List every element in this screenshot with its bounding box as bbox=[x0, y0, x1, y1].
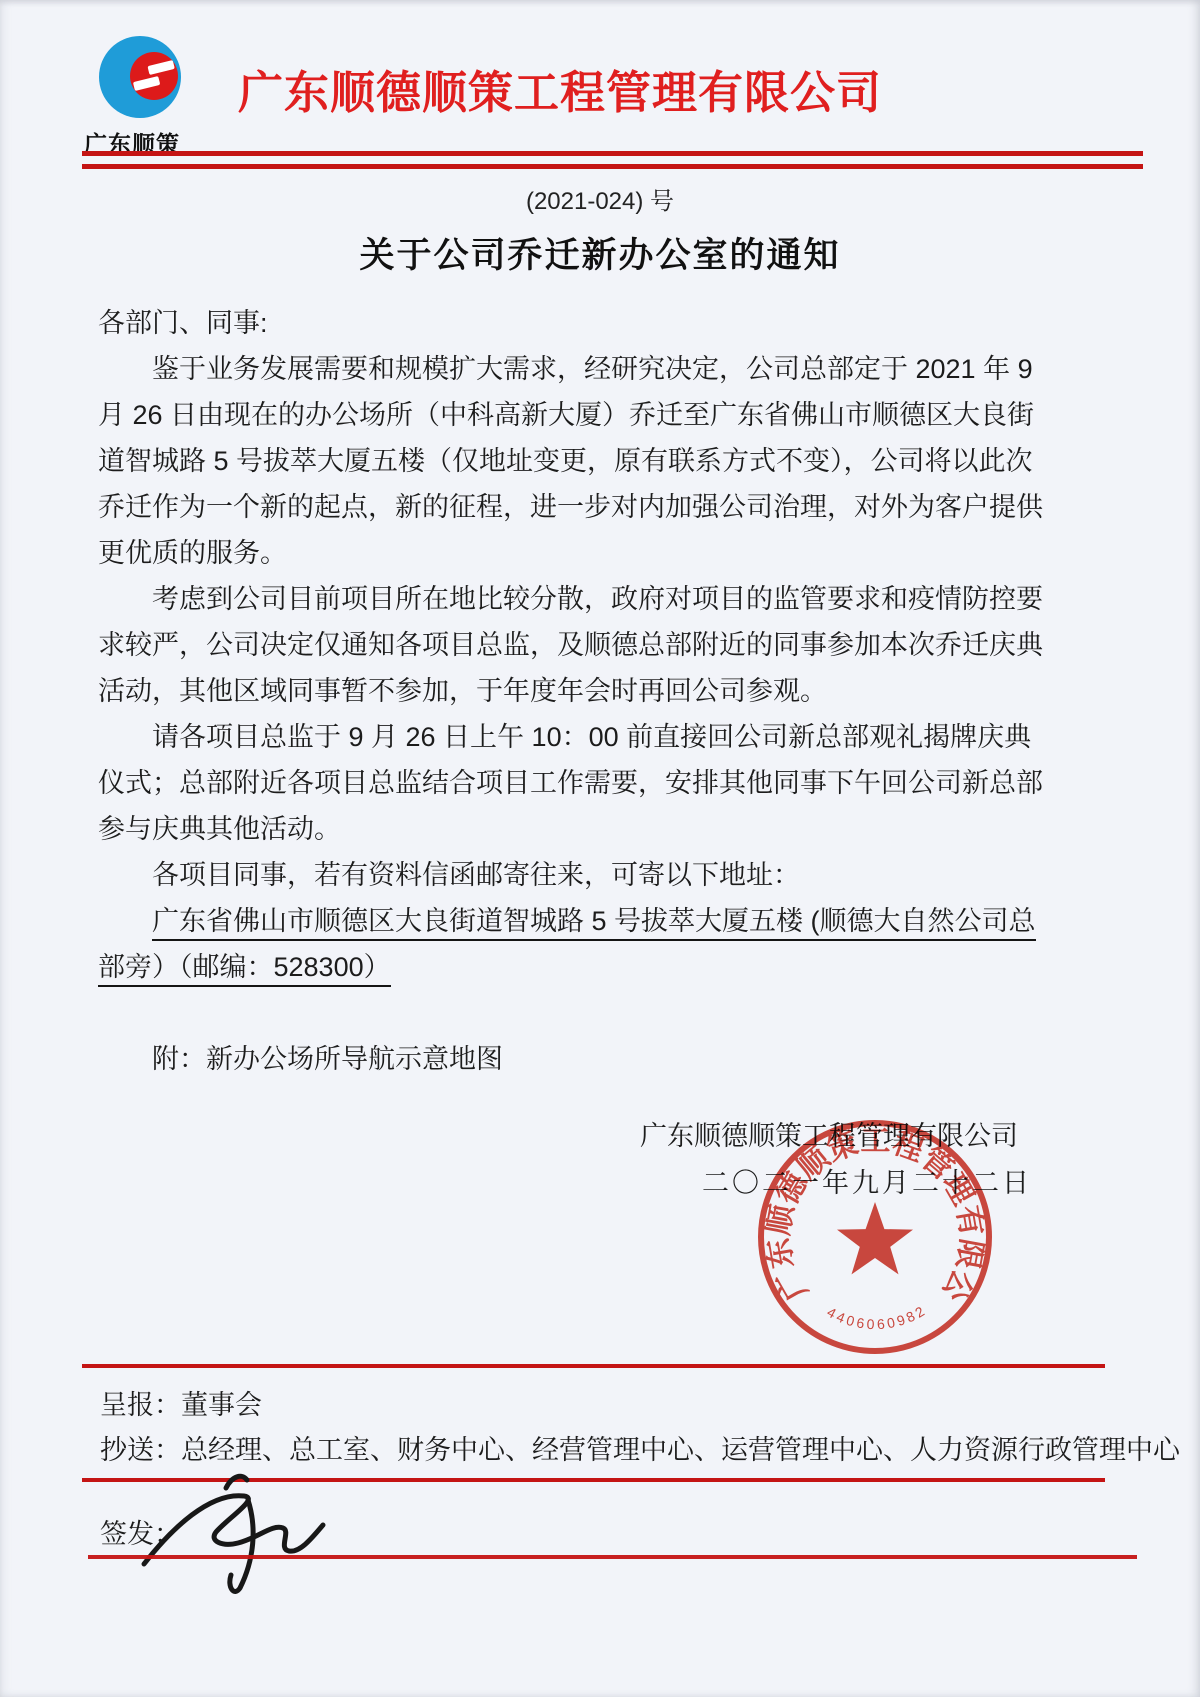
document-title: 关于公司乔迁新办公室的通知 bbox=[0, 228, 1200, 278]
report-to-line: 呈报：董事会 bbox=[100, 1383, 262, 1422]
header-divider-top bbox=[82, 151, 1143, 156]
company-name-title: 广东顺德顺策工程管理有限公司 bbox=[238, 56, 1158, 121]
svg-text:广东顺德顺策工程管理有限公司: 广东顺德顺策工程管理有限公司 bbox=[752, 1114, 988, 1306]
seal-ring-text: 广东顺德顺策工程管理有限公司 bbox=[752, 1114, 988, 1306]
attachment-note: 附：新办公场所导航示意地图 bbox=[98, 1036, 1108, 1082]
company-logo-icon bbox=[98, 33, 190, 125]
paragraph-3: 请各项目总监于 9 月 26 日上午 10：00 前直接回公司新总部观礼揭牌庆典… bbox=[98, 714, 1108, 852]
handwritten-signature bbox=[130, 1466, 360, 1596]
cc-line: 抄送：总经理、总工室、财务中心、经营管理中心、运营管理中心、人力资源行政管理中心 bbox=[100, 1428, 1180, 1467]
salutation: 各部门、同事: bbox=[98, 300, 1108, 346]
paragraph-4: 各项目同事，若有资料信函邮寄往来，可寄以下地址： bbox=[98, 852, 1108, 898]
mailing-address-line-2: 部旁）（邮编：528300） bbox=[98, 944, 1108, 990]
paragraph-2: 考虑到公司目前项目所在地比较分散，政府对项目的监管要求和疫情防控要 求较严，公司… bbox=[98, 576, 1108, 714]
footer-divider-top bbox=[82, 1364, 1105, 1368]
mailing-address-line-1: 广东省佛山市顺德区大良街道智城路 5 号拔萃大厦五楼 (顺德大自然公司总 bbox=[98, 898, 1108, 944]
address-text-1: 广东省佛山市顺德区大良街道智城路 5 号拔萃大厦五楼 (顺德大自然公司总 bbox=[152, 906, 1036, 941]
seal-star-icon bbox=[837, 1202, 913, 1274]
address-text-2: 部旁）（邮编：528300） bbox=[98, 952, 391, 987]
paragraph-1: 鉴于业务发展需要和规模扩大需求，经研究决定，公司总部定于 2021 年 9 月 … bbox=[98, 346, 1108, 576]
document-number: (2021-024) 号 bbox=[0, 181, 1200, 216]
header-divider-bottom bbox=[82, 164, 1143, 169]
document-body: 各部门、同事: 鉴于业务发展需要和规模扩大需求，经研究决定，公司总部定于 202… bbox=[98, 300, 1108, 1082]
footer-divider-bottom bbox=[88, 1555, 1137, 1559]
address-indent bbox=[98, 906, 152, 936]
company-seal-stamp-icon: 广东顺德顺策工程管理有限公司 4406060982511 bbox=[752, 1114, 998, 1360]
scanned-notice-document: 广东顺策 广东顺德顺策工程管理有限公司 (2021-024) 号 关于公司乔迁新… bbox=[0, 0, 1200, 1697]
